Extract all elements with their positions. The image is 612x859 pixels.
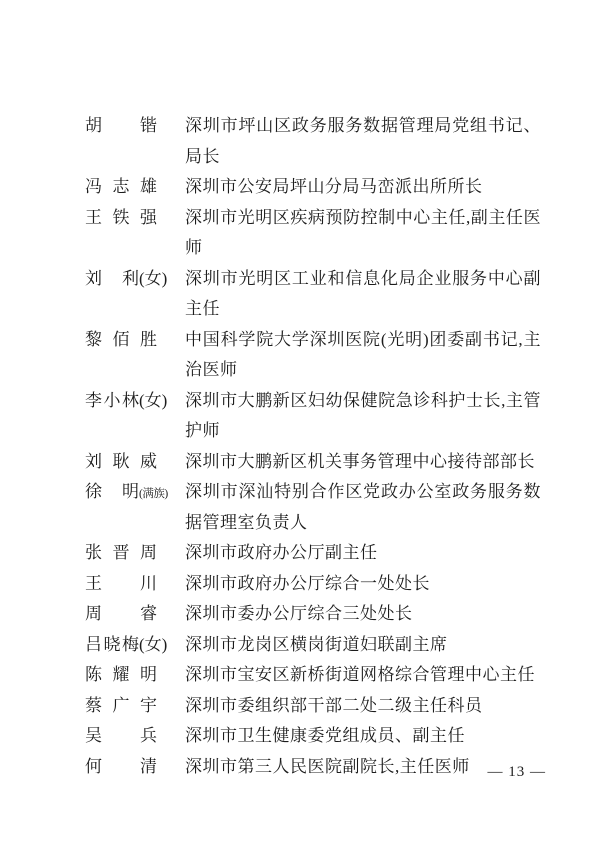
person-name-text: 王川 bbox=[85, 569, 157, 600]
person-name-suffix: (女) bbox=[139, 391, 167, 410]
person-name: 张晋周 bbox=[85, 538, 185, 569]
person-name-suffix: (女) bbox=[139, 635, 167, 654]
person-name: 吕晓梅(女) bbox=[85, 630, 185, 661]
roster-row: 王川 深圳市政府办公厅综合一处处长 bbox=[85, 569, 541, 600]
person-position: 深圳市政府办公厅综合一处处长 bbox=[185, 569, 541, 600]
person-name: 陈耀明 bbox=[85, 660, 185, 691]
person-name: 李小林(女) bbox=[85, 386, 185, 417]
person-name-text: 胡锴 bbox=[85, 111, 157, 142]
roster-row: 张晋周 深圳市政府办公厅副主任 bbox=[85, 538, 541, 569]
person-position: 深圳市宝安区新桥街道网格综合管理中心主任 bbox=[185, 660, 541, 691]
person-position: 深圳市坪山区政务服务数据管理局党组书记、局长 bbox=[185, 111, 541, 172]
person-position: 深圳市政府办公厅副主任 bbox=[185, 538, 541, 569]
page-number: — 13 — bbox=[488, 764, 547, 781]
roster-row: 刘耿威 深圳市大鹏新区机关事务管理中心接待部部长 bbox=[85, 447, 541, 478]
person-name: 刘利(女) bbox=[85, 264, 185, 295]
person-name: 吴兵 bbox=[85, 721, 185, 752]
roster-row: 李小林(女) 深圳市大鹏新区妇幼保健院急诊科护士长,主管护师 bbox=[85, 386, 541, 447]
person-position: 深圳市光明区工业和信息化局企业服务中心副主任 bbox=[185, 264, 541, 325]
person-name: 周睿 bbox=[85, 599, 185, 630]
person-name: 蔡广宇 bbox=[85, 691, 185, 722]
roster-row: 黎佰胜 中国科学院大学深圳医院(光明)团委副书记,主治医师 bbox=[85, 325, 541, 386]
person-position: 深圳市大鹏新区妇幼保健院急诊科护士长,主管护师 bbox=[185, 386, 541, 447]
person-name: 胡锴 bbox=[85, 111, 185, 142]
person-position: 深圳市光明区疾病预防控制中心主任,副主任医师 bbox=[185, 203, 541, 264]
commendation-roster: 胡锴 深圳市坪山区政务服务数据管理局党组书记、局长 冯志雄 深圳市公安局坪山分局… bbox=[85, 111, 541, 782]
person-name-text: 刘利 bbox=[85, 264, 139, 295]
roster-row: 何清 深圳市第三人民医院副院长,主任医师 bbox=[85, 752, 541, 783]
roster-row: 吕晓梅(女) 深圳市龙岗区横岗街道妇联副主席 bbox=[85, 630, 541, 661]
person-position: 深圳市卫生健康委党组成员、副主任 bbox=[185, 721, 541, 752]
person-position: 深圳市龙岗区横岗街道妇联副主席 bbox=[185, 630, 541, 661]
person-name: 王川 bbox=[85, 569, 185, 600]
person-name: 冯志雄 bbox=[85, 172, 185, 203]
person-name-text: 刘耿威 bbox=[85, 447, 157, 478]
person-position: 深圳市大鹏新区机关事务管理中心接待部部长 bbox=[185, 447, 541, 478]
person-position: 深圳市委组织部干部二处二级主任科员 bbox=[185, 691, 541, 722]
person-name-text: 何清 bbox=[85, 752, 157, 783]
person-name-suffix: (满族) bbox=[139, 488, 168, 500]
person-name-text: 陈耀明 bbox=[85, 660, 157, 691]
person-name: 刘耿威 bbox=[85, 447, 185, 478]
roster-row: 蔡广宇 深圳市委组织部干部二处二级主任科员 bbox=[85, 691, 541, 722]
person-name: 黎佰胜 bbox=[85, 325, 185, 356]
person-name-text: 冯志雄 bbox=[85, 172, 157, 203]
person-position: 深圳市委办公厅综合三处处长 bbox=[185, 599, 541, 630]
roster-row: 吴兵 深圳市卫生健康委党组成员、副主任 bbox=[85, 721, 541, 752]
roster-row: 陈耀明 深圳市宝安区新桥街道网格综合管理中心主任 bbox=[85, 660, 541, 691]
document-page: 胡锴 深圳市坪山区政务服务数据管理局党组书记、局长 冯志雄 深圳市公安局坪山分局… bbox=[0, 0, 612, 859]
person-name: 何清 bbox=[85, 752, 185, 783]
person-name-text: 吕晓梅 bbox=[85, 630, 139, 661]
person-name-text: 周睿 bbox=[85, 599, 157, 630]
person-position: 中国科学院大学深圳医院(光明)团委副书记,主治医师 bbox=[185, 325, 541, 386]
roster-row: 徐明(满族) 深圳市深汕特别合作区党政办公室政务服务数据管理室负责人 bbox=[85, 477, 541, 538]
roster-row: 周睿 深圳市委办公厅综合三处处长 bbox=[85, 599, 541, 630]
person-name-text: 张晋周 bbox=[85, 538, 157, 569]
person-name-suffix: (女) bbox=[139, 269, 167, 288]
person-name-text: 吴兵 bbox=[85, 721, 157, 752]
roster-row: 刘利(女) 深圳市光明区工业和信息化局企业服务中心副主任 bbox=[85, 264, 541, 325]
person-position: 深圳市公安局坪山分局马峦派出所所长 bbox=[185, 172, 541, 203]
roster-row: 胡锴 深圳市坪山区政务服务数据管理局党组书记、局长 bbox=[85, 111, 541, 172]
roster-row: 冯志雄 深圳市公安局坪山分局马峦派出所所长 bbox=[85, 172, 541, 203]
person-name: 王铁强 bbox=[85, 203, 185, 234]
person-name-text: 黎佰胜 bbox=[85, 325, 157, 356]
person-position: 深圳市深汕特别合作区党政办公室政务服务数据管理室负责人 bbox=[185, 477, 541, 538]
person-name-text: 蔡广宇 bbox=[85, 691, 157, 722]
person-name: 徐明(满族) bbox=[85, 477, 185, 510]
roster-row: 王铁强 深圳市光明区疾病预防控制中心主任,副主任医师 bbox=[85, 203, 541, 264]
person-name-text: 李小林 bbox=[85, 386, 139, 417]
person-name-text: 徐明 bbox=[85, 477, 139, 508]
person-name-text: 王铁强 bbox=[85, 203, 157, 234]
